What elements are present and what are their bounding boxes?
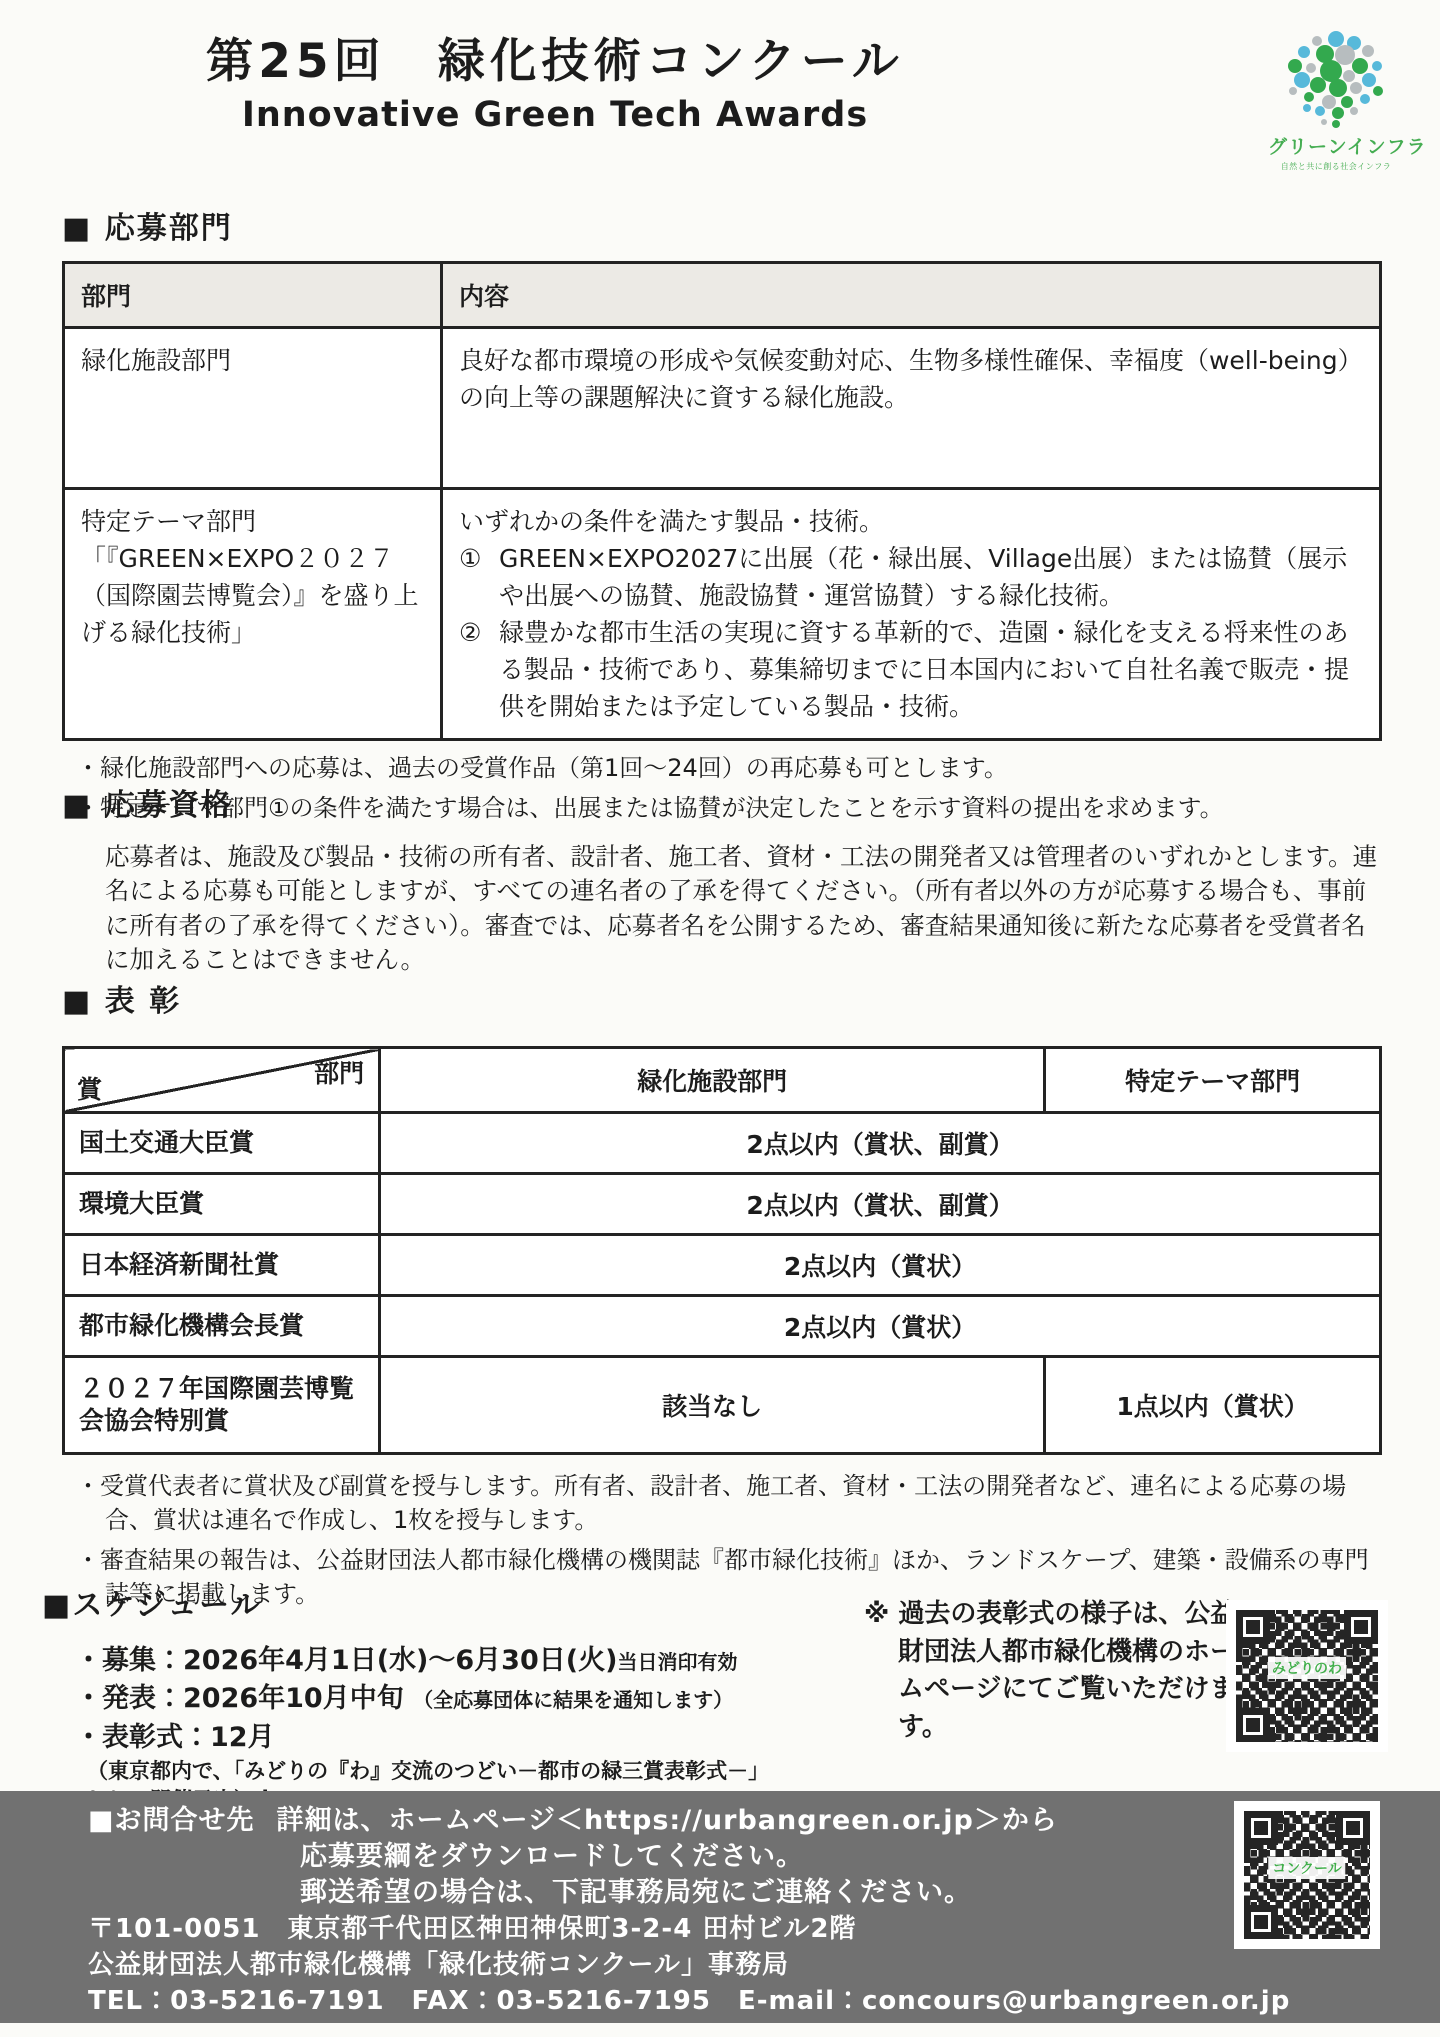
- section-awards: ■ 表 彰 部門 賞 緑化施設部門 特定テーマ部門 国土交通大臣賞 2点以内（賞…: [62, 976, 1382, 1611]
- footer-contact-line: TEL：03-5216-7191 FAX：03-5216-7195 E-mail…: [0, 1983, 1440, 2019]
- apply-row1-category: 緑化施設部門: [64, 328, 442, 489]
- apply-row2-item2: ② 緑豊かな都市生活の実現に資する革新的で、造園・緑化を支える将来性のある製品・…: [459, 614, 1363, 725]
- schedule-item2-small: （全応募団体に結果を通知します）: [413, 1688, 733, 1712]
- apply-row2-item1: ① GREEN×EXPO2027に出展（花・緑出展、Village出展）または協…: [459, 540, 1363, 614]
- qr-eye-icon: [1244, 1811, 1278, 1845]
- awards-note-1: ・受賞代表者に賞状及び副賞を授与します。所有者、設計者、施工者、資材・工法の開発…: [76, 1469, 1382, 1537]
- contact-footer: ■お問合せ先 詳細は、ホームページ＜https://urbangreen.or.…: [0, 1791, 1440, 2023]
- table-row: 緑化施設部門 良好な都市環境の形成や気候変動対応、生物多様性確保、幸福度（wel…: [64, 328, 1381, 489]
- table-row: 国土交通大臣賞 2点以内（賞状、副賞）: [64, 1113, 1381, 1174]
- footer-line-1: 詳細は、ホームページ＜https://urbangreen.or.jp＞から: [277, 1803, 1058, 1839]
- schedule-ceremony-note-1: （東京都内で、「みどりの『わ』交流のつどい－都市の緑三賞表彰式－」: [87, 1757, 835, 1786]
- footer-line-2: 応募要綱をダウンロードしてください。: [0, 1839, 1440, 1875]
- award-value-special: 1点以内（賞状）: [1045, 1357, 1381, 1454]
- corner-label-top: 部門: [314, 1054, 364, 1090]
- table-row: 特定テーマ部門 「『GREEN×EXPO２０２７（国際園芸博覧会）』を盛り上げる…: [64, 489, 1381, 740]
- apply-row1-content: 良好な都市環境の形成や気候変動対応、生物多様性確保、幸福度（well-being…: [441, 328, 1380, 489]
- item1-marker: ①: [459, 540, 499, 614]
- apply-row2-category: 特定テーマ部門 「『GREEN×EXPO２０２７（国際園芸博覧会）』を盛り上げる…: [64, 489, 442, 740]
- qr-eye-icon: [1236, 1708, 1270, 1742]
- midorinowa-qr-code: みどりのわ: [1226, 1600, 1388, 1752]
- section-eligibility: ■ 応募資格 応募者は、施設及び製品・技術の所有者、設計者、施工者、資材・工法の…: [62, 780, 1382, 977]
- logo-name: グリーンインフラ: [1268, 132, 1404, 159]
- schedule-item1-small: 当日消印有効: [617, 1650, 737, 1674]
- schedule-item2-text: ・発表：2026年10月中旬: [75, 1683, 404, 1714]
- apply-row2-intro: いずれかの条件を満たす製品・技術。: [459, 503, 1363, 540]
- apply-row2-category-line2: 「『GREEN×EXPO２０２７（国際園芸博覧会）』を盛り上げる緑化技術」: [81, 540, 424, 651]
- award-name: 環境大臣賞: [64, 1174, 380, 1235]
- table-row: 環境大臣賞 2点以内（賞状、副賞）: [64, 1174, 1381, 1235]
- green-infra-dots-icon: [1280, 24, 1392, 136]
- section-apply-heading: ■ 応募部門: [62, 203, 1382, 247]
- footer-organization: 公益財団法人都市緑化機構「緑化技術コンクール」事務局: [0, 1947, 1440, 1983]
- award-value: 2点以内（賞状、副賞）: [380, 1174, 1381, 1235]
- schedule-item-application: ・募集：2026年4月1日(水)～6月30日(火)当日消印有効: [75, 1642, 835, 1680]
- item1-text: GREEN×EXPO2027に出展（花・緑出展、Village出展）または協賛（…: [499, 540, 1363, 614]
- section-apply: ■ 応募部門 部門 内容 緑化施設部門 良好な都市環境の形成や気候変動対応、生物…: [62, 203, 1382, 825]
- qr-label: コンクール: [1268, 1857, 1345, 1879]
- footer-row-1: ■お問合せ先 詳細は、ホームページ＜https://urbangreen.or.…: [0, 1791, 1440, 1839]
- apply-table: 部門 内容 緑化施設部門 良好な都市環境の形成や気候変動対応、生物多様性確保、幸…: [62, 261, 1382, 741]
- qr-eye-icon: [1344, 1610, 1378, 1644]
- qr-label: みどりのわ: [1268, 1657, 1346, 1679]
- table-row: 都市緑化機構会長賞 2点以内（賞状）: [64, 1296, 1381, 1357]
- footer-heading: ■お問合せ先: [88, 1803, 255, 1839]
- award-value: 2点以内（賞状、副賞）: [380, 1113, 1381, 1174]
- page-title: 第25回 緑化技術コンクール: [0, 24, 1110, 91]
- item2-text: 緑豊かな都市生活の実現に資する革新的で、造園・緑化を支える将来性のある製品・技術…: [499, 614, 1363, 725]
- section-schedule: ■スケジュール ・募集：2026年4月1日(水)～6月30日(火)当日消印有効 …: [42, 1580, 1440, 1791]
- qr-eye-icon: [1336, 1811, 1370, 1845]
- schedule-item1-text: ・募集：2026年4月1日(水)～6月30日(火): [75, 1645, 617, 1676]
- award-value: 2点以内（賞状）: [380, 1235, 1381, 1296]
- qr-eye-icon: [1244, 1905, 1278, 1939]
- footer-address: 〒101-0051 東京都千代田区神田神保町3-2-4 田村ビル2階: [0, 1911, 1440, 1947]
- logo-tagline: 自然と共に創る社会インフラ: [1268, 161, 1404, 172]
- schedule-items: ・募集：2026年4月1日(水)～6月30日(火)当日消印有効 ・発表：2026…: [75, 1642, 835, 1816]
- apply-col-content: 内容: [441, 263, 1380, 328]
- apply-col-category: 部門: [64, 263, 442, 328]
- green-infra-logo: グリーンインフラ 自然と共に創る社会インフラ: [1268, 24, 1404, 172]
- award-value: 該当なし: [380, 1357, 1045, 1454]
- page-subtitle: Innovative Green Tech Awards: [0, 95, 1110, 135]
- award-name: ２０２７年国際園芸博覧会協会特別賞: [64, 1357, 380, 1454]
- title-block: 第25回 緑化技術コンクール Innovative Green Tech Awa…: [0, 24, 1110, 135]
- section-awards-heading: ■ 表 彰: [62, 976, 1382, 1020]
- award-name: 日本経済新聞社賞: [64, 1235, 380, 1296]
- concours-qr-code: コンクール: [1234, 1801, 1380, 1949]
- awards-corner-cell: 部門 賞: [64, 1048, 380, 1113]
- awards-col-special-theme: 特定テーマ部門: [1045, 1048, 1381, 1113]
- award-value: 2点以内（賞状）: [380, 1296, 1381, 1357]
- schedule-item-announcement: ・発表：2026年10月中旬 （全応募団体に結果を通知します）: [75, 1680, 835, 1718]
- apply-row2-content: いずれかの条件を満たす製品・技術。 ① GREEN×EXPO2027に出展（花・…: [441, 489, 1380, 740]
- item2-marker: ②: [459, 614, 499, 725]
- table-row: 日本経済新聞社賞 2点以内（賞状）: [64, 1235, 1381, 1296]
- footer-line-3: 郵送希望の場合は、下記事務局宛にご連絡ください。: [0, 1875, 1440, 1911]
- qr-eye-icon: [1236, 1610, 1270, 1644]
- flyer-page: 第25回 緑化技術コンクール Innovative Green Tech Awa…: [0, 0, 1440, 2037]
- corner-label-bottom: 賞: [77, 1070, 102, 1106]
- award-name: 国土交通大臣賞: [64, 1113, 380, 1174]
- schedule-item-ceremony: ・表彰式：12月: [75, 1719, 835, 1757]
- awards-table: 部門 賞 緑化施設部門 特定テーマ部門 国土交通大臣賞 2点以内（賞状、副賞） …: [62, 1046, 1382, 1455]
- eligibility-body: 応募者は、施設及び製品・技術の所有者、設計者、施工者、資材・工法の開発者又は管理…: [105, 840, 1382, 977]
- awards-col-green-facility: 緑化施設部門: [380, 1048, 1045, 1113]
- section-eligibility-heading: ■ 応募資格: [62, 780, 1382, 824]
- award-name: 都市緑化機構会長賞: [64, 1296, 380, 1357]
- schedule-side-note: ※ 過去の表彰式の様子は、公益財団法人都市緑化機構のホームページにてご覧いただけ…: [864, 1596, 1250, 1747]
- apply-row2-category-line1: 特定テーマ部門: [81, 503, 424, 540]
- table-row: ２０２７年国際園芸博覧会協会特別賞 該当なし 1点以内（賞状）: [64, 1357, 1381, 1454]
